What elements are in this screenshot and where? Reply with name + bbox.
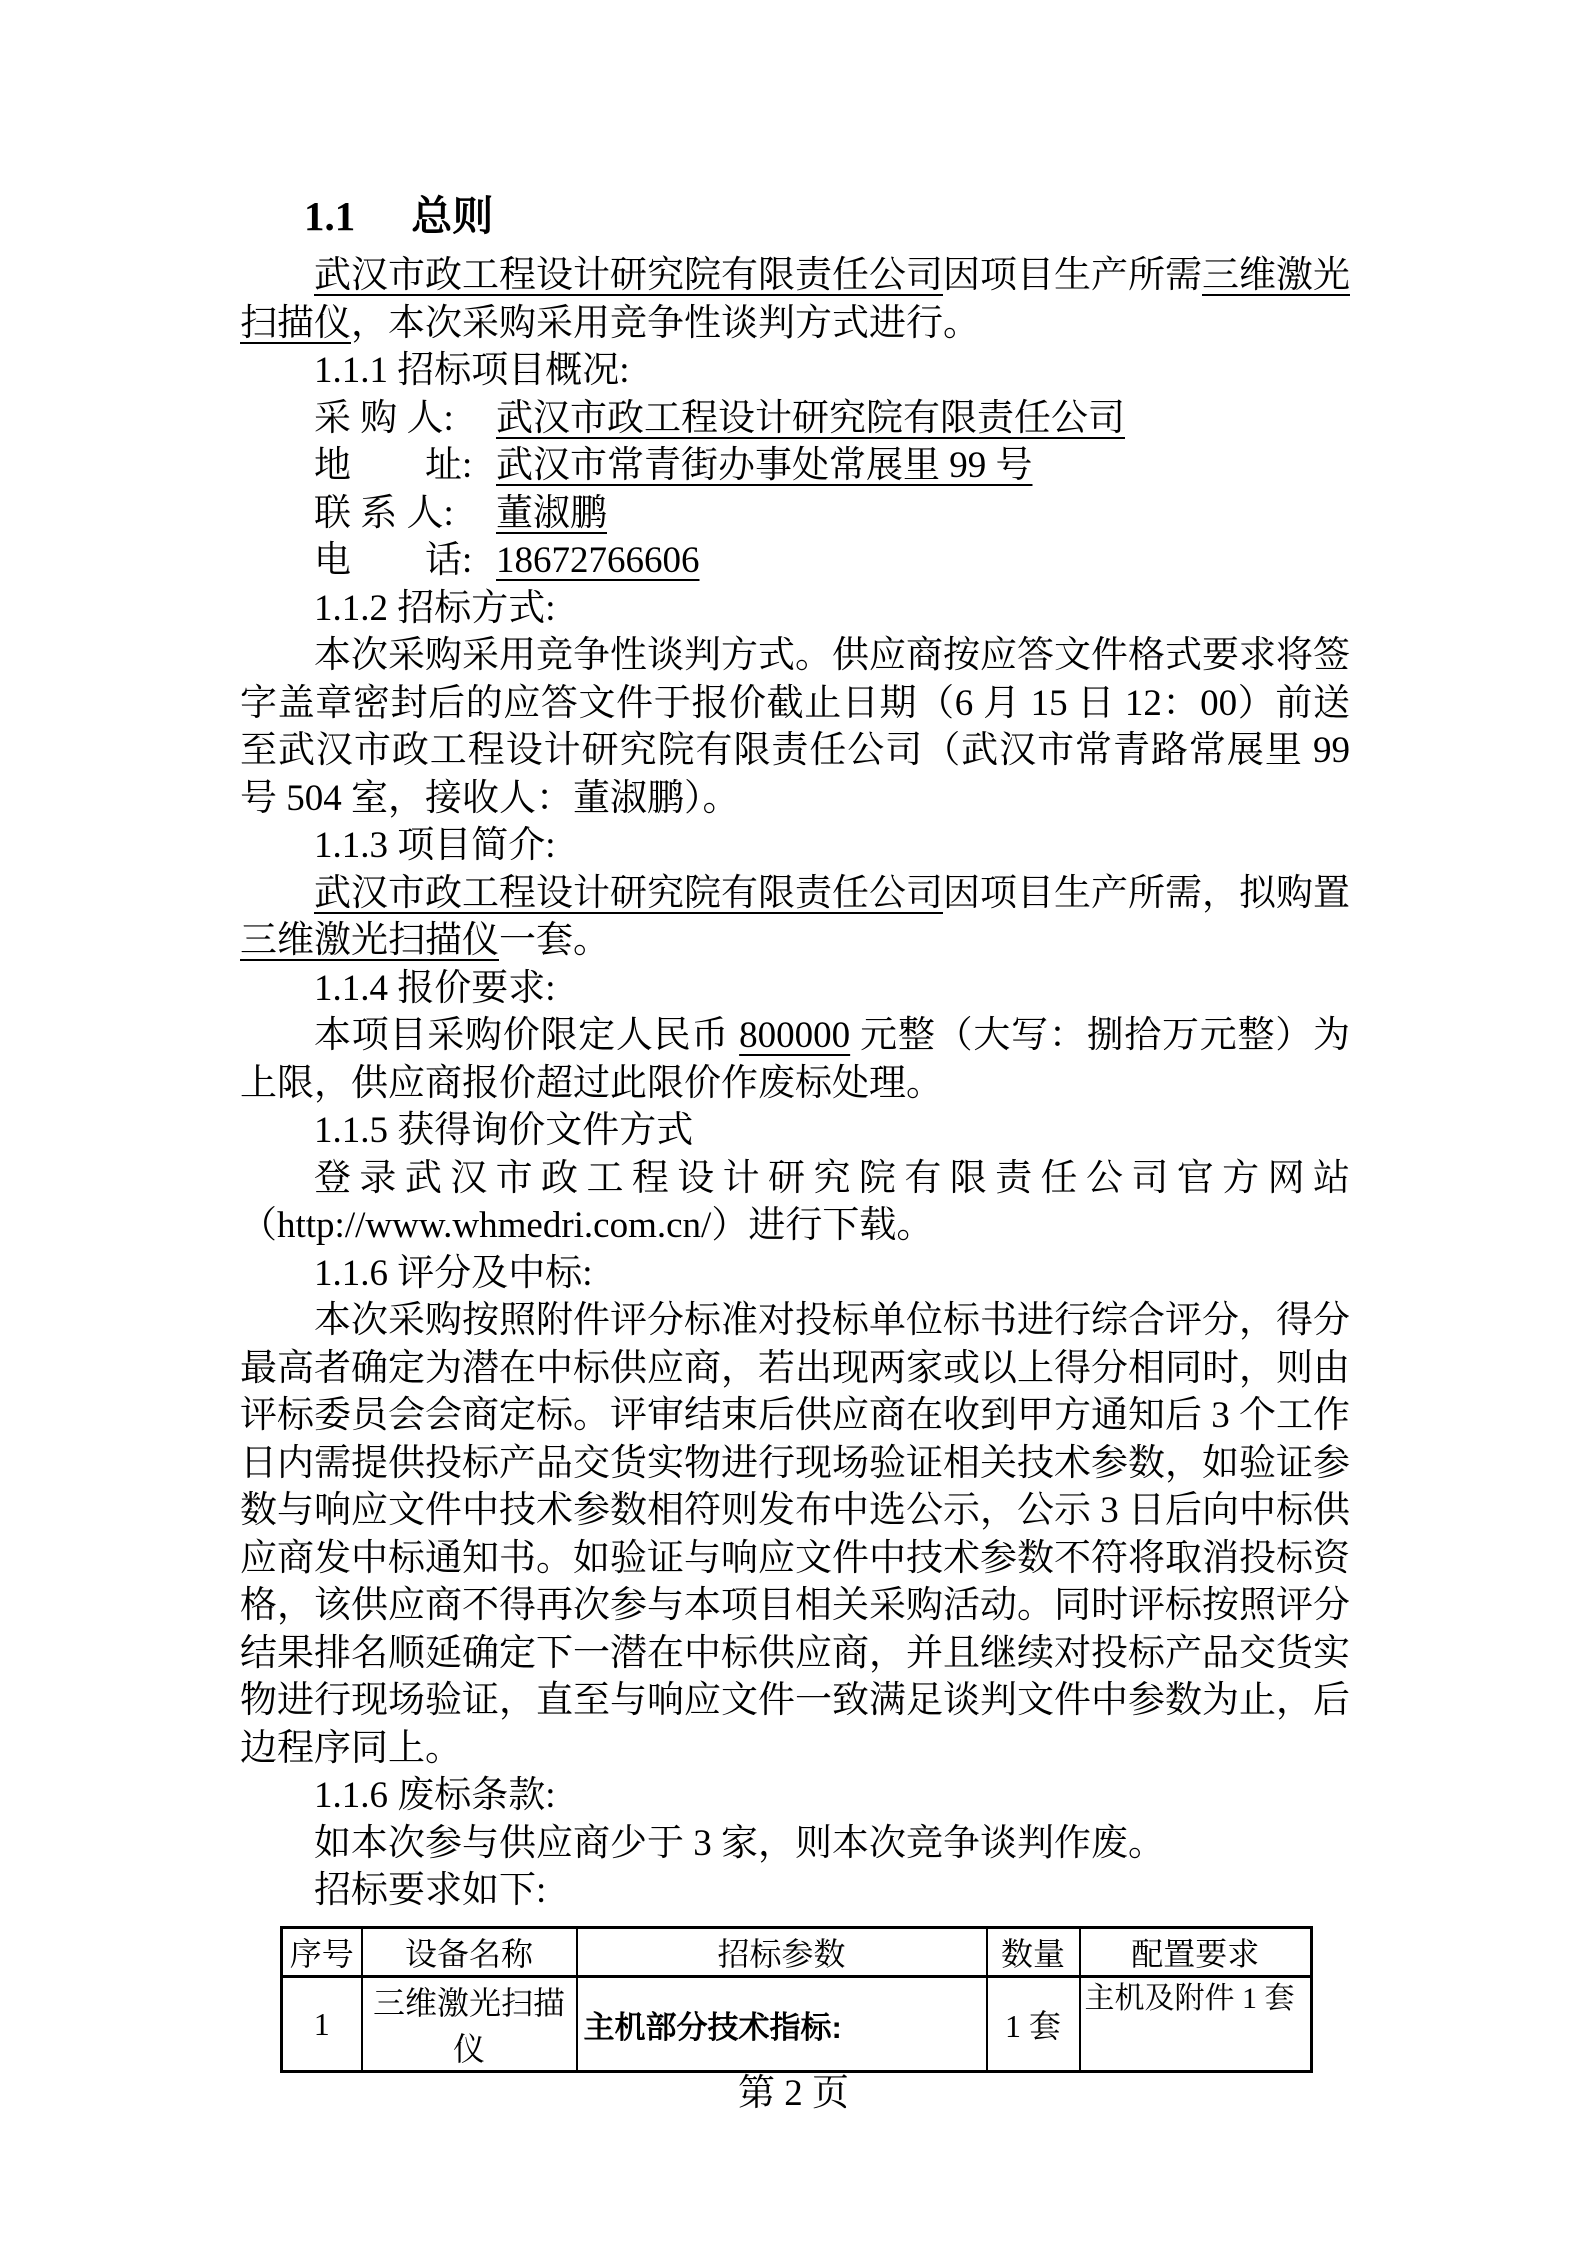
requirements-intro-line: 招标要求如下: [314, 1867, 1350, 1915]
header-cell-equipment: 设备名称 [362, 1928, 577, 1977]
intro-paragraph: 武汉市政工程设计研究院有限责任公司因项目生产所需三维激光扫描仪，本次采购采用竞争… [240, 252, 1350, 347]
paragraph-invalid-bid: 如本次参与供应商少于 3 家，则本次竞争谈判作废。 [240, 1820, 1350, 1868]
contact-line-person: 联 系 人:董淑鹏 [314, 490, 1350, 538]
table-header-row: 序号 设备名称 招标参数 数量 配置要求 [282, 1928, 1312, 1977]
text-segment: 三维激光扫描仪 [240, 920, 499, 961]
cell-index: 1 [282, 1977, 362, 2072]
contact-label: 联 系 人: [314, 490, 496, 538]
contact-line-buyer: 采 购 人:武汉市政工程设计研究院有限责任公司 [314, 395, 1350, 443]
header-cell-index: 序号 [282, 1928, 362, 1977]
subheading-1-1-4: 1.1.4 报价要求: [314, 965, 1350, 1013]
contact-label: 地 址: [314, 442, 496, 490]
contact-line-phone: 电 话:18672766606 [314, 537, 1350, 585]
page-number: 第 2 页 [0, 2070, 1587, 2118]
cell-parameters: 主机部分技术指标: [577, 1977, 987, 2072]
paragraph-price-limit: 本项目采购价限定人民币 800000 元整（大写：捌拾万元整）为上限，供应商报价… [240, 1012, 1350, 1107]
text-segment: 因项目生产所需 [943, 255, 1202, 296]
header-cell-quantity: 数量 [987, 1928, 1080, 1977]
text-segment: ，本次采购采用竞争性谈判方式进行。 [351, 303, 980, 344]
contact-line-address: 地 址:武汉市常青街办事处常展里 99 号 [314, 442, 1350, 490]
text-segment: 武汉市政工程设计研究院有限责任公司 [314, 255, 943, 296]
subheading-1-1-6-scoring: 1.1.6 评分及中标: [314, 1250, 1350, 1298]
header-cell-configuration: 配置要求 [1080, 1928, 1312, 1977]
subheading-1-1-3: 1.1.3 项目简介: [314, 822, 1350, 870]
cell-equipment: 三维激光扫描仪 [362, 1977, 577, 2072]
contact-value: 武汉市政工程设计研究院有限责任公司 [496, 398, 1125, 439]
section-title-text: 总则 [411, 193, 493, 239]
document-page: 1.1总则 武汉市政工程设计研究院有限责任公司因项目生产所需三维激光扫描仪，本次… [0, 0, 1587, 2245]
text-segment: 武汉市政工程设计研究院有限责任公司 [314, 873, 943, 914]
section-number: 1.1 [304, 193, 355, 239]
contact-value: 董淑鹏 [496, 493, 607, 534]
paragraph-scoring: 本次采购按照附件评分标准对投标单位标书进行综合评分，得分最高者确定为潜在中标供应… [240, 1297, 1350, 1772]
subheading-1-1-2: 1.1.2 招标方式: [314, 585, 1350, 633]
cell-quantity: 1 套 [987, 1977, 1080, 2072]
contact-value: 18672766606 [496, 540, 700, 581]
paragraph-bid-method: 本次采购采用竞争性谈判方式。供应商按应答文件格式要求将签字盖章密封后的应答文件于… [240, 632, 1350, 822]
contact-value: 武汉市常青街办事处常展里 99 号 [496, 445, 1033, 486]
text-segment: 本项目采购价限定人民币 [314, 1015, 739, 1056]
contact-label: 采 购 人: [314, 395, 496, 443]
contact-label: 电 话: [314, 537, 496, 585]
table-row: 1 三维激光扫描仪 主机部分技术指标: 1 套 主机及附件 1 套 [282, 1977, 1312, 2072]
subheading-1-1-6-invalid: 1.1.6 废标条款: [314, 1772, 1350, 1820]
paragraph-download: 登录武汉市政工程设计研究院有限责任公司官方网站（http://www.whmed… [240, 1155, 1350, 1250]
text-segment: 一套。 [499, 920, 610, 961]
requirements-table: 序号 设备名称 招标参数 数量 配置要求 1 三维激光扫描仪 主机部分技术指标:… [280, 1926, 1313, 2073]
subheading-1-1-5: 1.1.5 获得询价文件方式 [314, 1107, 1350, 1155]
section-title: 1.1总则 [304, 190, 1350, 242]
header-cell-parameters: 招标参数 [577, 1928, 987, 1977]
text-segment: 因项目生产所需，拟购置 [943, 873, 1350, 914]
text-segment: 800000 [739, 1015, 850, 1056]
paragraph-project-intro: 武汉市政工程设计研究院有限责任公司因项目生产所需，拟购置三维激光扫描仪一套。 [240, 870, 1350, 965]
cell-configuration: 主机及附件 1 套 [1080, 1977, 1312, 2072]
document-content: 1.1总则 武汉市政工程设计研究院有限责任公司因项目生产所需三维激光扫描仪，本次… [240, 190, 1350, 1915]
subheading-1-1-1: 1.1.1 招标项目概况: [314, 347, 1350, 395]
